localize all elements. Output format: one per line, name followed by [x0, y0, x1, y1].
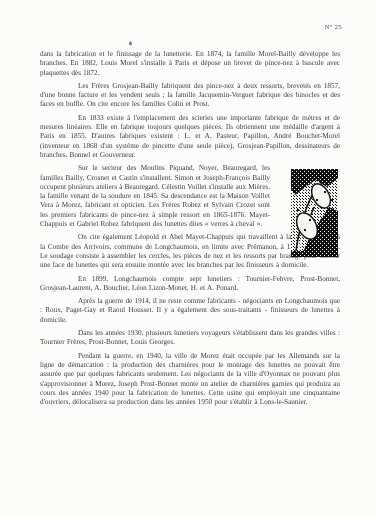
paragraph: En 1833 existe à l'emplacement des scier… [40, 114, 340, 160]
scan-speck [129, 41, 132, 46]
paragraph: Après la guerre de 1914, il ne reste com… [40, 297, 340, 325]
pince-nez-halftone-illustration [291, 169, 338, 257]
paragraph: Les Frères Grosjean-Bailly fabriquent de… [40, 82, 340, 110]
document-page: N° 25 dans la fabrication et le finissag… [0, 0, 375, 517]
paragraph: Pendant la guerre, en 1940, la ville de … [40, 352, 340, 408]
paragraph: En 1899, Longchaumois compte sept luneti… [40, 275, 340, 294]
paragraph: dans la fabrication et le finissage de l… [40, 50, 340, 78]
halftone-image-graphic [291, 169, 338, 257]
page-number: N° 25 [325, 24, 342, 31]
paragraph: Dans les années 1930, plusieurs lunetier… [40, 329, 340, 348]
